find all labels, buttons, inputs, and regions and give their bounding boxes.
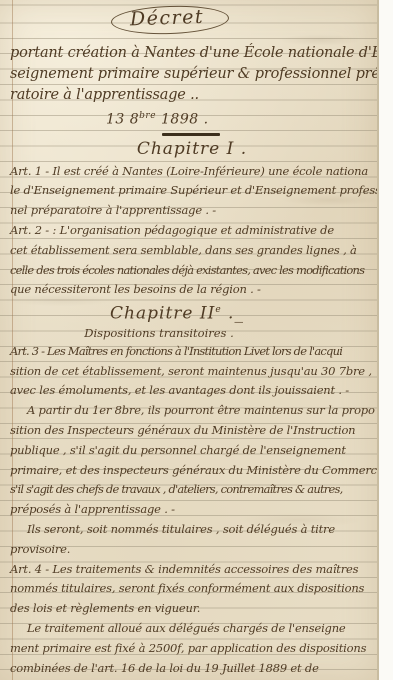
manuscript-line: Art. 1 - Il est créé à Nantes (Loire-Inf… — [10, 162, 374, 182]
manuscript-line: que nécessiteront les besoins de la régi… — [10, 280, 374, 300]
chapter2-heading-tail: ._ — [222, 304, 244, 324]
manuscript-line: préposés à l'apprentissage . - — [10, 500, 374, 520]
manuscript-line: Le traitement alloué aux délégués chargé… — [10, 619, 374, 639]
chapter2-subheading: Dispositions transitoires . — [10, 325, 374, 342]
manuscript-line: Art. 3 - Les Maîtres en fonctions à l'In… — [10, 342, 374, 362]
manuscript-line: nommés titulaires, seront fixés conformé… — [10, 579, 374, 599]
manuscript-line: nel préparatoire à l'apprentissage . - — [10, 201, 374, 221]
decree-title: Décret — [130, 6, 205, 31]
decree-date: 13 8bre 1898 . — [10, 106, 374, 130]
manuscript-line: sition des Inspecteurs généraux du Minis… — [10, 421, 374, 441]
chapter2-heading-text: Chapitre II — [110, 304, 215, 324]
manuscript-line: A partir du 1er 8bre, ils pourront être … — [10, 401, 374, 421]
subtitle-line: ratoire à l'apprentissage .. — [10, 85, 374, 106]
manuscript-line: celle des trois écoles nationales déjà e… — [10, 261, 374, 281]
date-prefix: 13 8 — [106, 112, 139, 128]
manuscript-line: Art. 4 - Les traitements & indemnités ac… — [10, 560, 374, 580]
manuscript-line: combinées de l'art. 16 de la loi du 19 J… — [10, 659, 374, 679]
chapter2-heading: Chapitre IIe ._ — [10, 300, 374, 325]
subtitle-line: portant création à Nantes d'une École na… — [10, 43, 374, 64]
subtitle-line: seignement primaire supérieur & professi… — [10, 64, 374, 85]
date-month-suffix: bre — [139, 111, 156, 121]
manuscript-sheet: Décret portant création à Nantes d'une É… — [0, 0, 379, 680]
manuscript-line: ment primaire est fixé à 2500f, par appl… — [10, 639, 374, 659]
title-flourish-oval: Décret — [111, 4, 230, 36]
manuscript-line: provisoire. — [10, 540, 374, 560]
handwriting-layer: Décret portant création à Nantes d'une É… — [10, 4, 374, 678]
manuscript-line: Art. 2 - : L'organisation pédagogique et… — [10, 221, 374, 241]
date-year: 1898 . — [156, 112, 208, 128]
manuscript-line: primaire, et des inspecteurs généraux du… — [10, 461, 374, 481]
title-row: Décret — [10, 4, 374, 43]
manuscript-line: des lois et règlements en vigueur. — [10, 599, 374, 619]
manuscript-line: sition de cet établissement, seront main… — [10, 362, 374, 382]
manuscript-line: publique , s'il s'agit du personnel char… — [10, 441, 374, 461]
chapter1-heading: Chapitre I . — [10, 136, 374, 162]
manuscript-line: Ils seront, soit nommés titulaires , soi… — [10, 520, 374, 540]
manuscript-line: le d'Enseignement primaire Supérieur et … — [10, 181, 374, 201]
manuscript-line: s'il s'agit des chefs de travaux , d'ate… — [10, 480, 374, 500]
manuscript-line: cet établissement sera semblable, dans s… — [10, 241, 374, 261]
manuscript-line: avec les émoluments, et les avantages do… — [10, 381, 374, 401]
